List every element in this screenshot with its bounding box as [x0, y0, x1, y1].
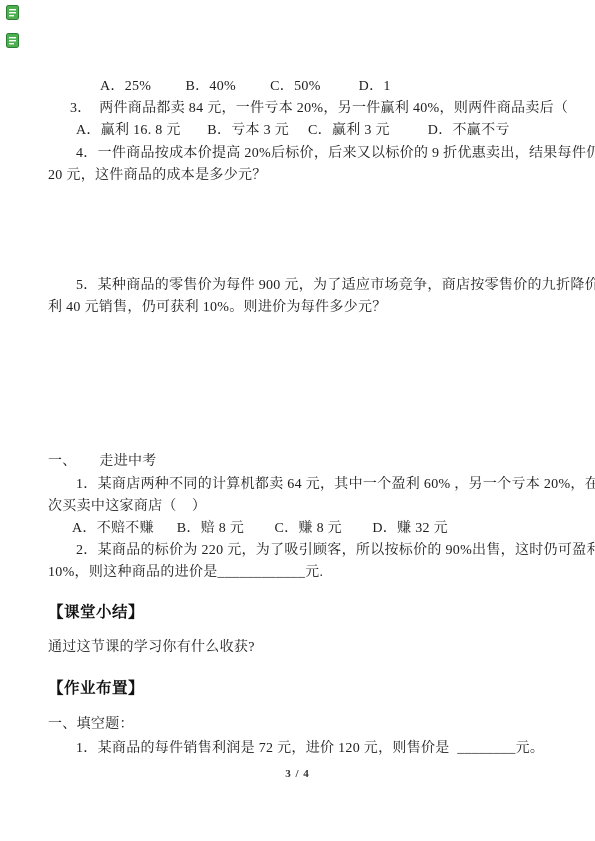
zhongkao-q1-options-line: A．不赔不赚 B．赔 8 元 C．赚 8 元 D．赚 32 元	[72, 520, 448, 538]
question3-text: 3． 两件商品都卖 84 元，一件亏本 20%，另一件赢利 40%，则两件商品卖…	[70, 100, 595, 118]
zhongkao-q1-text-line2: 次买卖中这家商店（ ）	[48, 498, 206, 516]
green-doc-icon	[6, 5, 19, 20]
doc-icon-top[interactable]	[6, 5, 19, 20]
section-heading-homework: 【作业布置】	[48, 680, 144, 698]
homework-subheading-fill-in-blanks: 一、填空题：	[48, 716, 134, 734]
class-summary-question: 通过这节课的学习你有什么收获?	[48, 639, 255, 657]
question2-options-line: A．25% B．40% C．50% D．1	[100, 78, 391, 96]
page-number: 3 / 4	[0, 768, 595, 780]
section-heading-class-summary: 【课堂小结】	[48, 604, 144, 622]
question4-text-line1: 4．一件商品按成本价提高 20%后标价，后来又以标价的 9 折优惠卖出，结果每件…	[76, 145, 595, 163]
question4-text-line2: 20 元，这件商品的成本是多少元？	[48, 167, 267, 185]
zhongkao-q2-text-line1: 2．某商品的标价为 220 元，为了吸引顾客，所以按标价的 90%出售，这时仍可…	[76, 542, 595, 560]
section-heading-zhongkao: 一、 走进中考	[48, 453, 157, 471]
question5-text-line2: 利 40 元销售，仍可获利 10%。则进价为每件多少元？	[48, 299, 387, 317]
homework-q1-text-with-blank: 1．某商品的每件销售利润是 72 元，进价 120 元，则售价是 _______…	[76, 740, 544, 758]
question5-text-line1: 5．某种商品的零售价为每件 900 元，为了适应市场竞争，商店按零售价的九折降价…	[76, 277, 595, 295]
zhongkao-q1-text-line1: 1．某商店两种不同的计算机都卖 64 元，其中一个盈利 60% ，另一个亏本 2…	[76, 476, 595, 494]
worksheet-page: A．25% B．40% C．50% D．1 3． 两件商品都卖 84 元，一件亏…	[0, 0, 595, 841]
zhongkao-q2-text-line2-with-blank: 10%，则这种商品的进价是____________元.	[48, 564, 323, 582]
green-doc-icon	[6, 33, 19, 48]
doc-icon-bottom[interactable]	[6, 33, 19, 48]
question3-options-line: A．赢利 16. 8 元 B．亏本 3 元 C．赢利 3 元 D．不赢不亏	[76, 122, 510, 140]
